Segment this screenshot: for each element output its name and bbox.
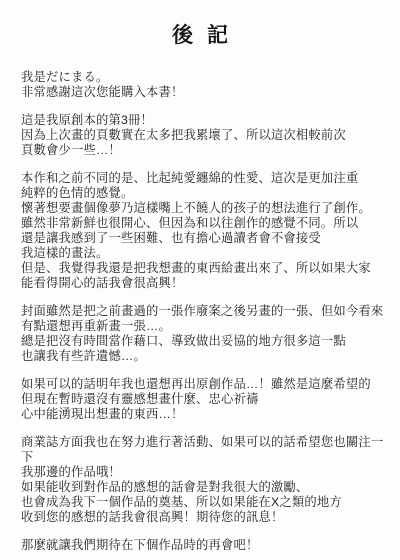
afterword-paragraph-cover: 封面雖然是把之前畫過的一張作廢案之後另畫的一張、但如今看來 有點還想再重新畫一張… [21,304,386,364]
page-title: 後記 [0,0,400,49]
afterword-body: 我是だにまる。 非常感謝這次您能購入本書！ 這是我原創本的第3冊！ 因為上次畫的… [0,70,400,553]
afterword-paragraph-greeting: 我是だにまる。 非常感謝這次您能購入本書！ [21,70,386,100]
afterword-paragraph-future-plans: 如果可以的話明年我也還想再出原創作品…！雖然是這麼希望的 但現在暫時還沒有靈感想… [21,377,386,422]
afterword-paragraph-commercial-and-feedback: 商業誌方面我也在努力進行著活動、如果可以的話希望您也關注一下 我那邊的作品哦！ … [21,435,386,525]
afterword-paragraph-closing: 那麼就讓我們期待在下個作品時的再會吧！ [21,538,386,553]
afterword-page: 後記 我是だにまる。 非常感謝這次您能購入本書！ 這是我原創本的第3冊！ 因為上… [0,0,400,560]
afterword-paragraph-concept: 本作和之前不同的是、比起純愛纏綿的性愛、這次是更加注重 純粹的色情的感覺。 懷著… [21,171,386,291]
afterword-paragraph-volume-info: 這是我原創本的第3冊！ 因為上次畫的頁數實在太多把我累壞了、所以這次相較前次 頁… [21,113,386,158]
